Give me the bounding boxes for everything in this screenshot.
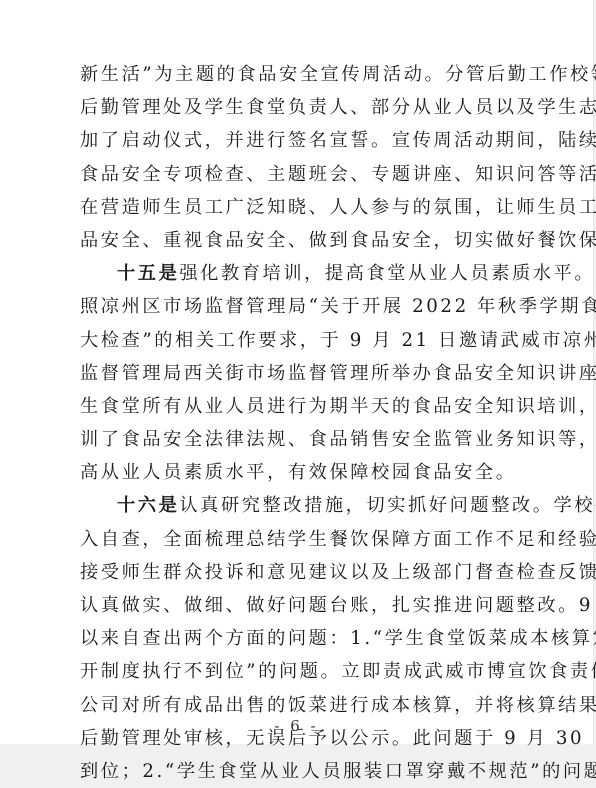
text-line: 入自查，全面梳理总结学生餐饮保障方面工作不足和经验，广泛: [80, 523, 522, 556]
paragraph-lead-sixteen: 十六是: [117, 495, 179, 516]
text-line: 高从业人员素质水平，有效保障校园食品安全。: [80, 456, 522, 489]
text-line: 监督管理局西关街市场监督管理所举办食品安全知识讲座，对学: [80, 357, 522, 390]
text-line: 照凉州区市场监督管理局“关于开展 2022 年秋季学期食品安全: [80, 290, 522, 323]
page-number: - 6 -: [0, 717, 593, 735]
text-line: 在营造师生员工广泛知晓、人人参与的氛围，让师生员工关注食: [80, 191, 522, 224]
text-line: 加了启动仪式，并进行签名宣誓。宣传周活动期间，陆续开展了: [80, 124, 522, 157]
text-segment: 认真研究整改措施，切实抓好问题整改。学校持续深: [179, 495, 596, 516]
document-page: 新生活”为主题的食品安全宣传周活动。分管后勤工作校领导、 后勤管理处及学生食堂负…: [0, 0, 594, 744]
text-line: 生食堂所有从业人员进行为期半天的食品安全知识培训，重点培: [80, 390, 522, 423]
paragraph-sixteen: 十六是认真研究整改措施，切实抓好问题整改。学校持续深 入自查，全面梳理总结学生餐…: [80, 489, 522, 749]
text-line: 开制度执行不到位”的问题。立即责成武威市博宣饮食责任有限: [80, 655, 522, 688]
text-line: 训了食品安全法律法规、食品销售安全监管业务知识等，不断提: [80, 423, 522, 456]
text-line: 新生活”为主题的食品安全宣传周活动。分管后勤工作校领导、: [80, 58, 522, 91]
text-line: 接受师生群众投诉和意见建议以及上级部门督查检查反馈问题，: [80, 556, 522, 589]
text-line-first: 十六是认真研究整改措施，切实抓好问题整改。学校持续深: [80, 489, 522, 522]
text-line: 大检查”的相关工作要求，于 9 月 21 日邀请武威市凉州区市场: [80, 324, 522, 357]
text-line: 认真做实、做细、做好问题台账，扎实推进问题整改。9 月中旬: [80, 589, 522, 622]
document-body: 新生活”为主题的食品安全宣传周活动。分管后勤工作校领导、 后勤管理处及学生食堂负…: [80, 58, 522, 749]
paragraph-lead-fifteen: 十五是: [117, 263, 179, 284]
text-line: 品安全、重视食品安全、做到食品安全，切实做好餐饮保障工作。: [80, 224, 522, 257]
text-segment: 强化教育培训，提高食堂从业人员素质水平。严格按: [179, 263, 596, 284]
text-line: 以来自查出两个方面的问题：1.“学生食堂饭菜成本核算定期公: [80, 622, 522, 655]
text-line: 后勤管理处及学生食堂负责人、部分从业人员以及学生志愿者参: [80, 91, 522, 124]
paragraph-activity: 新生活”为主题的食品安全宣传周活动。分管后勤工作校领导、 后勤管理处及学生食堂负…: [80, 58, 522, 257]
text-line-first: 十五是强化教育培训，提高食堂从业人员素质水平。严格按: [80, 257, 522, 290]
paragraph-fifteen: 十五是强化教育培训，提高食堂从业人员素质水平。严格按 照凉州区市场监督管理局“关…: [80, 257, 522, 489]
text-line: 食品安全专项检查、主题班会、专题讲座、知识问答等活动，旨: [80, 158, 522, 191]
